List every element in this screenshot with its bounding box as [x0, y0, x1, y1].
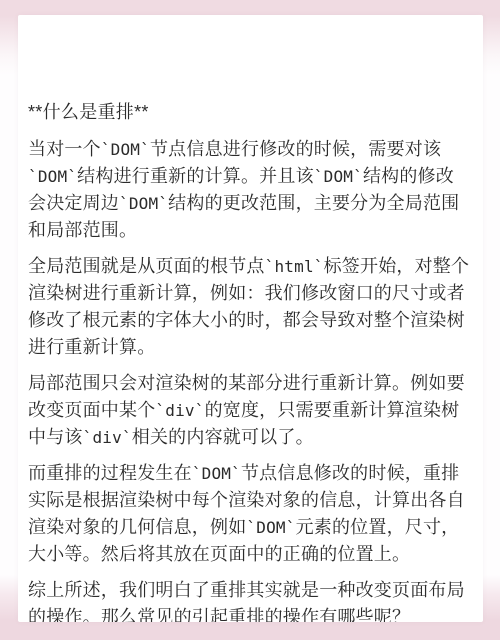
- inline-code: `div`: [155, 401, 204, 420]
- inline-code: `html`: [265, 257, 324, 276]
- page-background: **什么是重排** 当对一个`DOM`节点信息进行修改的时候，需要对该`DOM`…: [0, 0, 500, 640]
- inline-code: `DOM`: [246, 518, 295, 537]
- inline-code: `DOM`: [314, 167, 363, 186]
- article-paragraph-1: 当对一个`DOM`节点信息进行修改的时候，需要对该`DOM`结构进行重新的计算。…: [28, 136, 470, 244]
- article-paragraph-3: 局部范围只会对渲染树的某部分进行重新计算。例如要改变页面中某个`div`的宽度，…: [28, 370, 470, 451]
- article-title: **什么是重排**: [28, 99, 470, 126]
- article-paragraph-2: 全局范围就是从页面的根节点`html`标签开始，对整个渲染树进行重新计算，例如：…: [28, 253, 470, 361]
- article-card: **什么是重排** 当对一个`DOM`节点信息进行修改的时候，需要对该`DOM`…: [18, 15, 483, 622]
- article-paragraph-4: 而重排的过程发生在`DOM`节点信息修改的时候，重排实际是根据渲染树中每个渲染对…: [28, 460, 470, 568]
- inline-code: `div`: [83, 428, 132, 447]
- inline-code: `DOM`: [119, 194, 168, 213]
- inline-code: `DOM`: [101, 140, 150, 159]
- inline-code: `DOM`: [28, 167, 77, 186]
- article-paragraph-5: 综上所述，我们明白了重排其实就是一种改变页面布局的操作。那么常见的引起重排的操作…: [28, 577, 470, 622]
- inline-code: `DOM`: [192, 464, 241, 483]
